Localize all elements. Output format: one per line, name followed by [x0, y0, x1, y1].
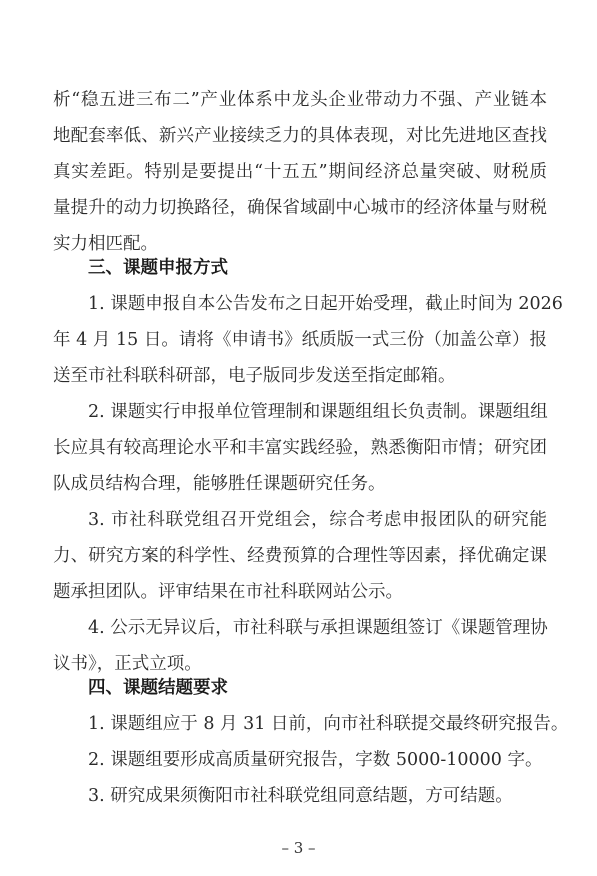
item-line: 长应具有较高理论水平和丰富实践经验，熟悉衡阳市情；研究团	[53, 436, 547, 460]
item-line: 议书》，正式立项。	[53, 652, 547, 676]
section-heading-4: 四、课题结题要求	[88, 676, 547, 700]
item-line: 力、研究方案的科学性、经费预算的合理性等因素，择优确定课	[53, 544, 547, 568]
body-line: 实力相匹配。	[53, 232, 547, 256]
item-line: 3. 研究成果须衡阳市社科联党组同意结题，方可结题。	[88, 784, 547, 808]
item-line: 1. 课题申报自本公告发布之日起开始受理，截止时间为 2026	[88, 292, 547, 316]
item-line: 送至市社科联科研部，电子版同步发送至指定邮箱。	[53, 364, 547, 388]
section-heading-3: 三、课题申报方式	[88, 256, 547, 280]
item-line: 队成员结构合理，能够胜任课题研究任务。	[53, 472, 547, 496]
item-line: 3. 市社科联党组召开党组会，综合考虑申报团队的研究能	[88, 508, 547, 532]
body-line: 析“稳五进三布二”产业体系中龙头企业带动力不强、产业链本	[53, 88, 547, 112]
body-line: 量提升的动力切换路径，确保省域副中心城市的经济体量与财税	[53, 196, 547, 220]
body-line: 地配套率低、新兴产业接续乏力的具体表现，对比先进地区查找	[53, 124, 547, 148]
body-line: 真实差距。特别是要提出“十五五”期间经济总量突破、财税质	[53, 160, 547, 184]
item-line: 2. 课题实行申报单位管理制和课题组组长负责制。课题组组	[88, 400, 547, 424]
item-line: 2. 课题组要形成高质量研究报告，字数 5000-10000 字。	[88, 748, 547, 772]
item-line: 4. 公示无异议后，市社科联与承担课题组签订《课题管理协	[88, 616, 547, 640]
item-line: 题承担团队。评审结果在市社科联网站公示。	[53, 580, 547, 604]
item-line: 1. 课题组应于 8 月 31 日前，向市社科联提交最终研究报告。	[88, 712, 547, 736]
page-number: – 3 –	[0, 839, 597, 857]
item-line: 年 4 月 15 日。请将《申请书》纸质版一式三份（加盖公章）报	[53, 328, 547, 352]
document-page: 析“稳五进三布二”产业体系中龙头企业带动力不强、产业链本 地配套率低、新兴产业接…	[0, 0, 597, 876]
